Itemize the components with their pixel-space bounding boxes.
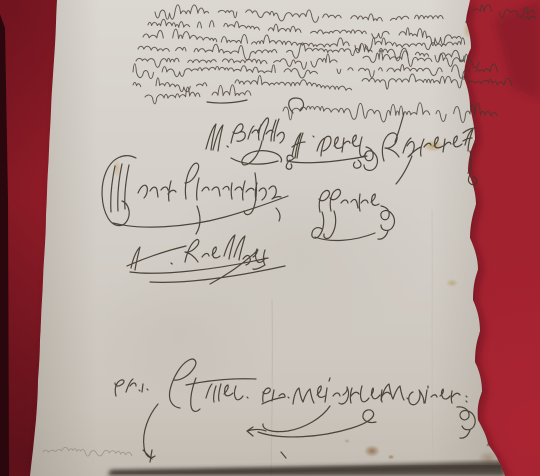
paper-mottling — [85, 255, 275, 405]
foxing-stain — [446, 279, 458, 287]
foxing-stain — [423, 140, 443, 152]
manuscript-photo-canvas: body text in secretary hand ffebruary 15… — [0, 0, 540, 476]
foxing-stain — [344, 439, 350, 443]
foxing-stain — [388, 455, 395, 460]
foxing-stain — [364, 445, 380, 457]
photo-of-manuscript: body text in secretary hand ffebruary 15… — [0, 0, 540, 476]
